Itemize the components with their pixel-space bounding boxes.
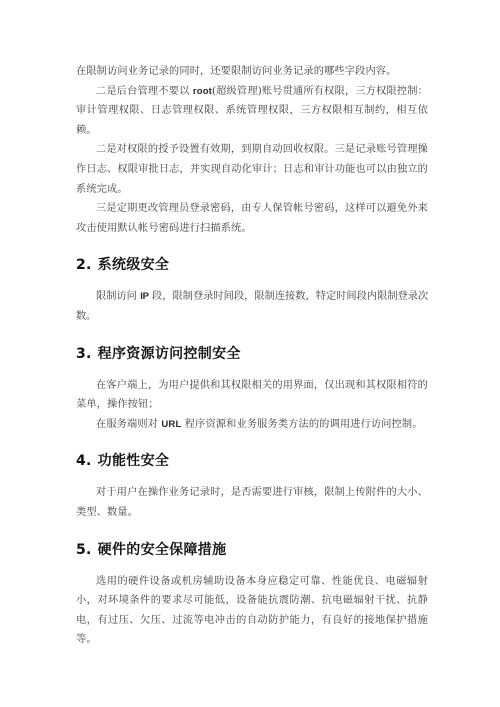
document-page: 在限制访问业务记录的同时，还要限制访问业务记录的哪些字段内容。 二是后台管理不要… — [76, 62, 428, 650]
section-number: 5. — [76, 542, 92, 558]
section-number: 4. — [76, 453, 92, 469]
section-number: 2. — [76, 257, 92, 273]
latin-term: URL — [161, 419, 181, 430]
text-segment: 在服务端则对 — [96, 419, 161, 430]
intro-paragraph-4: 三是定期更改管理员登录密码，由专人保管帐号密码，这样可以避免外来攻击使用默认帐号… — [76, 199, 428, 238]
intro-paragraph-2: 二是后台管理不要以 root(超级管理)账号贯通所有权限，三方权限控制：审计管理… — [76, 82, 428, 141]
section-heading-4: 4.功能性安全 — [76, 450, 428, 470]
section-3-paragraph-2: 在服务端则对 URL 程序资源和业务服务类方法的的调用进行访问控制。 — [76, 415, 428, 435]
section-title: 系统级安全 — [98, 257, 170, 273]
section-title: 硬件的安全保障措施 — [98, 542, 227, 558]
section-heading-2: 2.系统级安全 — [76, 254, 428, 274]
intro-paragraph-1: 在限制访问业务记录的同时，还要限制访问业务记录的哪些字段内容。 — [76, 62, 428, 82]
section-2-paragraph-1: 限制访问 IP 段，限制登录时间段，限制连接数，特定时间段内限制登录次数。 — [76, 287, 428, 326]
section-number: 3. — [76, 346, 92, 362]
latin-term: IP — [140, 291, 149, 302]
section-heading-3: 3.程序资源访问控制安全 — [76, 343, 428, 363]
text-segment: 二是后台管理不要以 — [96, 86, 193, 97]
section-title: 功能性安全 — [98, 453, 170, 469]
section-4-paragraph-1: 对于用户在操作业务记录时，是否需要进行审核，限制上传附件的大小、类型、数量。 — [76, 483, 428, 522]
latin-term: root — [193, 86, 212, 97]
section-title: 程序资源访问控制安全 — [98, 346, 241, 362]
section-5-paragraph-1: 选用的硬件设备或机房辅助设备本身应稳定可靠、性能优良、电磁辐射小，对环境条件的要… — [76, 572, 428, 650]
section-heading-5: 5.硬件的安全保障措施 — [76, 539, 428, 559]
text-segment: 程序资源和业务服务类方法的的调用进行访问控制。 — [181, 419, 422, 430]
text-segment: 限制访问 — [96, 291, 140, 302]
section-3-paragraph-1: 在客户端上，为用户提供和其权限相关的用界面，仅出现和其权限相符的菜单，操作按钮； — [76, 376, 428, 415]
intro-paragraph-3: 二是对权限的授予设置有效期，到期自动回收权限。三是记录账号管理操作日志、权限审批… — [76, 140, 428, 199]
